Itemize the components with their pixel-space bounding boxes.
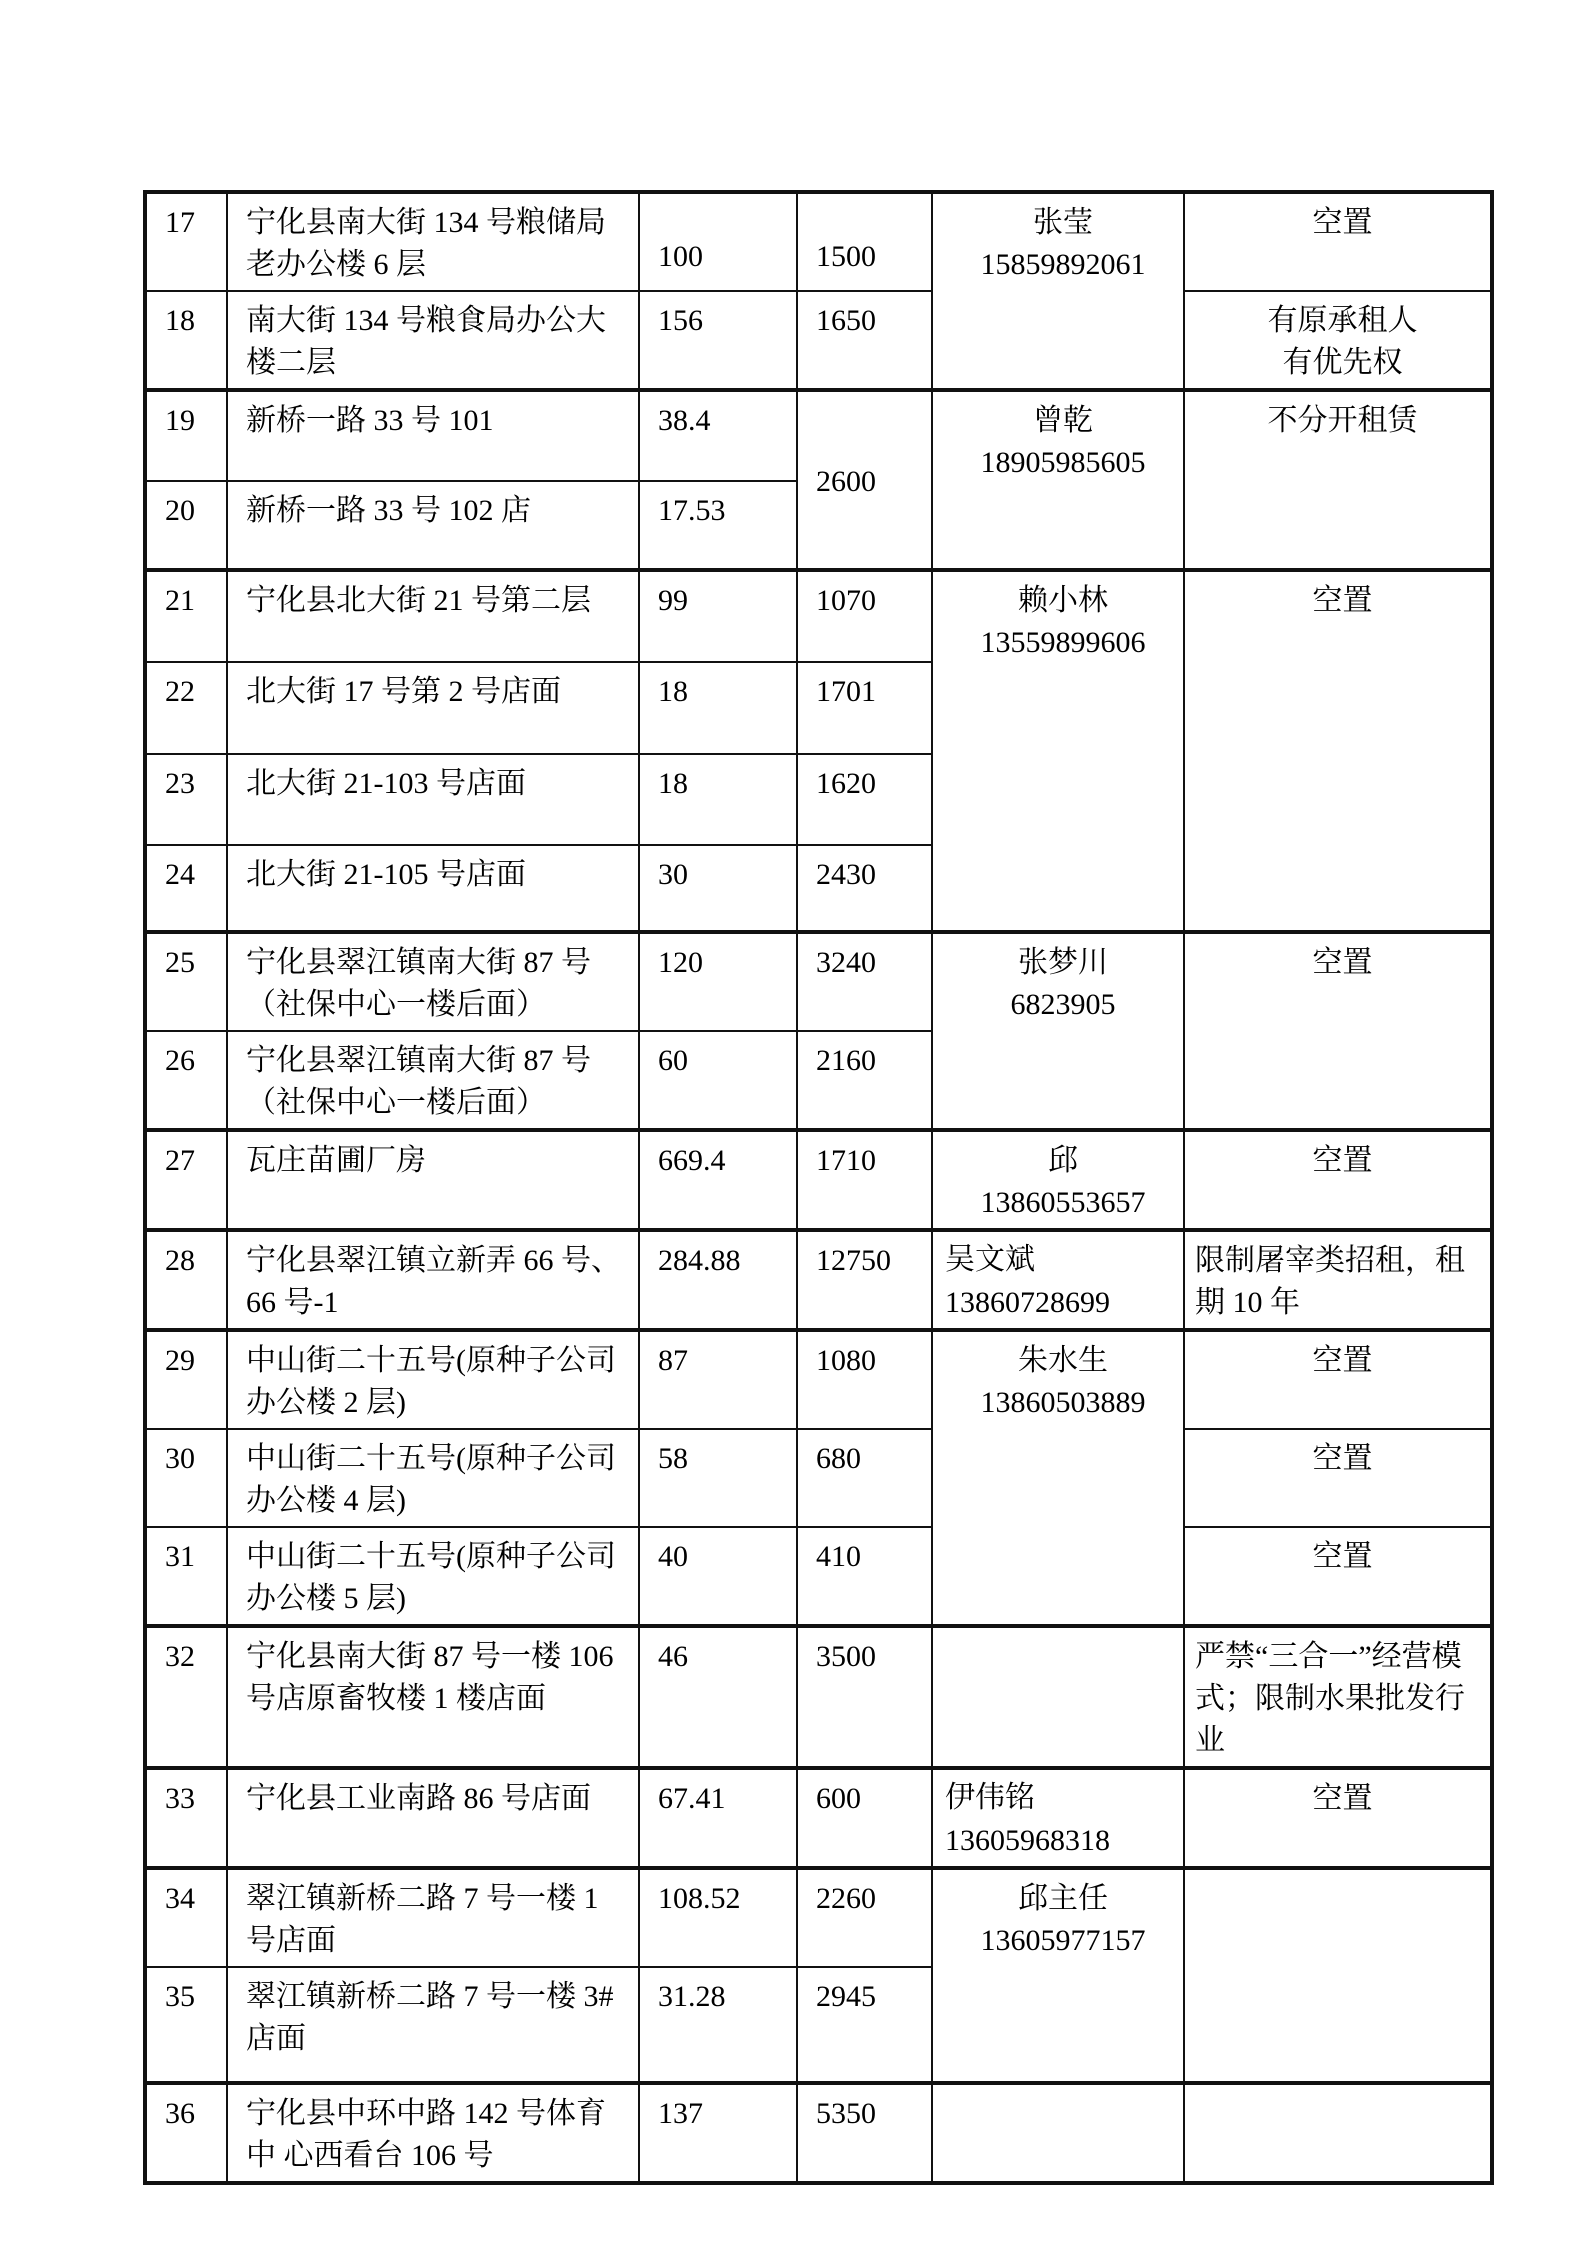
cell-status: 空置	[1184, 1768, 1492, 1868]
table-row: 34 翠江镇新桥二路 7 号一楼 1 号店面 108.52 2260 邱主任 1…	[145, 1868, 1492, 1967]
cell-status	[1184, 2083, 1492, 2183]
cell-area: 669.4	[639, 1130, 797, 1230]
cell-price: 1500	[797, 192, 932, 291]
cell-area: 137	[639, 2083, 797, 2183]
cell-status: 空置	[1184, 1130, 1492, 1230]
cell-price: 2430	[797, 845, 932, 932]
table-row: 27 瓦庄苗圃厂房 669.4 1710 邱 13860553657 空置	[145, 1130, 1492, 1230]
cell-status: 空置	[1184, 1330, 1492, 1429]
cell-price: 410	[797, 1527, 932, 1626]
cell-contact: 赖小林 13559899606	[932, 570, 1184, 932]
cell-price: 1701	[797, 662, 932, 754]
cell-area: 99	[639, 570, 797, 662]
cell-address: 北大街 21-105 号店面	[227, 845, 639, 932]
cell-price: 2160	[797, 1031, 932, 1130]
cell-area: 38.4	[639, 390, 797, 481]
table-row: 21 宁化县北大街 21 号第二层 99 1070 赖小林 1355989960…	[145, 570, 1492, 662]
cell-area: 156	[639, 291, 797, 390]
cell-address: 翠江镇新桥二路 7 号一楼 1 号店面	[227, 1868, 639, 1967]
cell-contact: 张梦川 6823905	[932, 932, 1184, 1130]
cell-no: 36	[145, 2083, 227, 2183]
cell-contact	[932, 2083, 1184, 2183]
cell-area: 18	[639, 754, 797, 845]
cell-status: 空置	[1184, 1429, 1492, 1527]
cell-status: 严禁“三合一”经营模式；限制水果批发行业	[1184, 1626, 1492, 1768]
cell-no: 34	[145, 1868, 227, 1967]
cell-contact: 邱 13860553657	[932, 1130, 1184, 1230]
cell-contact: 吴文斌 13860728699	[932, 1230, 1184, 1330]
table-row: 29 中山街二十五号(原种子公司办公楼 2 层) 87 1080 朱水生 138…	[145, 1330, 1492, 1429]
cell-no: 23	[145, 754, 227, 845]
cell-price: 5350	[797, 2083, 932, 2183]
table-row: 36 宁化县中环中路 142 号体育中 心西看台 106 号 137 5350	[145, 2083, 1492, 2183]
cell-no: 17	[145, 192, 227, 291]
cell-price: 1650	[797, 291, 932, 390]
cell-status: 空置	[1184, 932, 1492, 1130]
table-row: 28 宁化县翠江镇立新弄 66 号、66 号-1 284.88 12750 吴文…	[145, 1230, 1492, 1330]
cell-status: 空置	[1184, 1527, 1492, 1626]
cell-status: 有原承租人 有优先权	[1184, 291, 1492, 390]
cell-address: 北大街 17 号第 2 号店面	[227, 662, 639, 754]
cell-status: 空置	[1184, 570, 1492, 932]
cell-no: 24	[145, 845, 227, 932]
cell-address: 新桥一路 33 号 102 店	[227, 481, 639, 570]
cell-no: 35	[145, 1967, 227, 2083]
cell-price: 12750	[797, 1230, 932, 1330]
table-row: 25 宁化县翠江镇南大街 87 号（社保中心一楼后面） 120 3240 张梦川…	[145, 932, 1492, 1031]
cell-area: 46	[639, 1626, 797, 1768]
cell-no: 19	[145, 390, 227, 481]
cell-address: 宁化县南大街 134 号粮储局老办公楼 6 层	[227, 192, 639, 291]
cell-contact: 朱水生 13860503889	[932, 1330, 1184, 1626]
cell-address: 宁化县翠江镇南大街 87 号（社保中心一楼后面）	[227, 1031, 639, 1130]
cell-no: 21	[145, 570, 227, 662]
cell-address: 中山街二十五号(原种子公司办公楼 2 层)	[227, 1330, 639, 1429]
cell-address: 宁化县中环中路 142 号体育中 心西看台 106 号	[227, 2083, 639, 2183]
cell-contact: 伊伟铭 13605968318	[932, 1768, 1184, 1868]
cell-contact: 曾乾 18905985605	[932, 390, 1184, 570]
cell-address: 宁化县工业南路 86 号店面	[227, 1768, 639, 1868]
document-page: 17 宁化县南大街 134 号粮储局老办公楼 6 层 100 1500 张莹 1…	[0, 0, 1587, 2245]
cell-no: 32	[145, 1626, 227, 1768]
cell-area: 100	[639, 192, 797, 291]
table-row: 31 中山街二十五号(原种子公司办公楼 5 层) 40 410 空置	[145, 1527, 1492, 1626]
cell-address: 宁化县翠江镇立新弄 66 号、66 号-1	[227, 1230, 639, 1330]
cell-area: 18	[639, 662, 797, 754]
cell-address: 新桥一路 33 号 101	[227, 390, 639, 481]
cell-price: 1080	[797, 1330, 932, 1429]
cell-status: 限制屠宰类招租，租期 10 年	[1184, 1230, 1492, 1330]
cell-no: 27	[145, 1130, 227, 1230]
cell-status: 不分开租赁	[1184, 390, 1492, 570]
cell-address: 宁化县翠江镇南大街 87 号（社保中心一楼后面）	[227, 932, 639, 1031]
table-row: 30 中山街二十五号(原种子公司办公楼 4 层) 58 680 空置	[145, 1429, 1492, 1527]
cell-area: 120	[639, 932, 797, 1031]
cell-no: 25	[145, 932, 227, 1031]
cell-contact: 邱主任 13605977157	[932, 1868, 1184, 2083]
cell-no: 22	[145, 662, 227, 754]
cell-price: 1710	[797, 1130, 932, 1230]
cell-address: 翠江镇新桥二路 7 号一楼 3# 店面	[227, 1967, 639, 2083]
cell-price: 680	[797, 1429, 932, 1527]
cell-no: 28	[145, 1230, 227, 1330]
table-row: 32 宁化县南大街 87 号一楼 106 号店原畜牧楼 1 楼店面 46 350…	[145, 1626, 1492, 1768]
cell-no: 26	[145, 1031, 227, 1130]
cell-address: 宁化县南大街 87 号一楼 106 号店原畜牧楼 1 楼店面	[227, 1626, 639, 1768]
cell-no: 20	[145, 481, 227, 570]
cell-area: 67.41	[639, 1768, 797, 1868]
cell-price: 600	[797, 1768, 932, 1868]
cell-address: 中山街二十五号(原种子公司办公楼 4 层)	[227, 1429, 639, 1527]
cell-price: 2600	[797, 390, 932, 570]
cell-area: 17.53	[639, 481, 797, 570]
cell-area: 87	[639, 1330, 797, 1429]
cell-status: 空置	[1184, 192, 1492, 291]
cell-price: 1620	[797, 754, 932, 845]
cell-contact: 张莹 15859892061	[932, 192, 1184, 390]
cell-address: 宁化县北大街 21 号第二层	[227, 570, 639, 662]
cell-address: 瓦庄苗圃厂房	[227, 1130, 639, 1230]
table-row: 33 宁化县工业南路 86 号店面 67.41 600 伊伟铭 13605968…	[145, 1768, 1492, 1868]
table-row: 17 宁化县南大街 134 号粮储局老办公楼 6 层 100 1500 张莹 1…	[145, 192, 1492, 291]
cell-contact	[932, 1626, 1184, 1768]
cell-area: 108.52	[639, 1868, 797, 1967]
table-row: 19 新桥一路 33 号 101 38.4 2600 曾乾 1890598560…	[145, 390, 1492, 481]
cell-area: 58	[639, 1429, 797, 1527]
cell-area: 30	[639, 845, 797, 932]
cell-no: 31	[145, 1527, 227, 1626]
cell-no: 18	[145, 291, 227, 390]
cell-address: 南大街 134 号粮食局办公大楼二层	[227, 291, 639, 390]
cell-no: 33	[145, 1768, 227, 1868]
cell-price: 1070	[797, 570, 932, 662]
cell-area: 31.28	[639, 1967, 797, 2083]
cell-no: 29	[145, 1330, 227, 1429]
cell-status	[1184, 1868, 1492, 2083]
cell-price: 2945	[797, 1967, 932, 2083]
cell-price: 3500	[797, 1626, 932, 1768]
cell-address: 北大街 21-103 号店面	[227, 754, 639, 845]
cell-price: 2260	[797, 1868, 932, 1967]
cell-price: 3240	[797, 932, 932, 1031]
rental-table: 17 宁化县南大街 134 号粮储局老办公楼 6 层 100 1500 张莹 1…	[143, 190, 1494, 2185]
cell-address: 中山街二十五号(原种子公司办公楼 5 层)	[227, 1527, 639, 1626]
cell-area: 40	[639, 1527, 797, 1626]
table-row: 18 南大街 134 号粮食局办公大楼二层 156 1650 有原承租人 有优先…	[145, 291, 1492, 390]
cell-no: 30	[145, 1429, 227, 1527]
cell-area: 284.88	[639, 1230, 797, 1330]
cell-area: 60	[639, 1031, 797, 1130]
